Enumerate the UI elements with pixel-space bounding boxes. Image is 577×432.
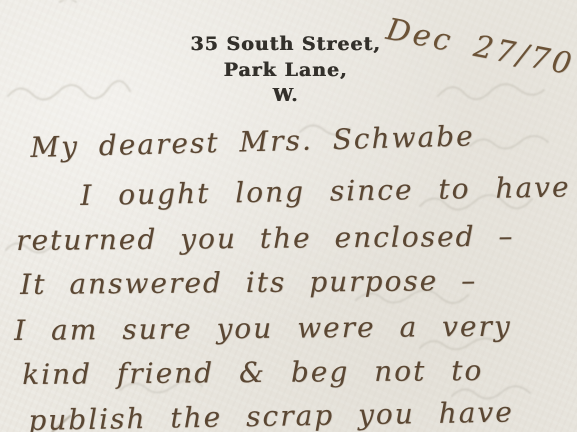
body-line: kind friend & beg not to [22, 354, 483, 391]
letterhead-address-line1: 35 South Street, [168, 31, 403, 57]
letterhead-district: W. [168, 83, 403, 109]
letterhead-address-line2: Park Lane, [168, 57, 403, 83]
letterhead: 35 South Street, Park Lane, W. [168, 31, 403, 109]
body-line: I am sure you were a very [14, 310, 512, 347]
body-line: returned you the enclosed – [16, 220, 515, 257]
letter-page: 35 South Street, Park Lane, W. Dec 27/70… [0, 0, 577, 432]
body-line: It answered its purpose – [20, 264, 477, 301]
